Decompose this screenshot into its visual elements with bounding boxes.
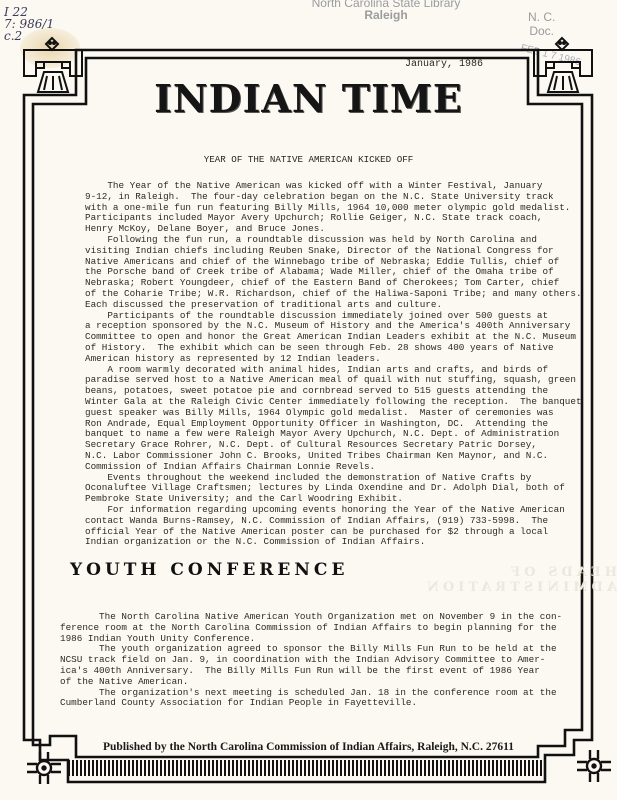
comb-tick <box>528 760 530 776</box>
comb-tick <box>156 760 158 776</box>
comb-tick <box>204 760 206 776</box>
comb-tick <box>272 760 274 776</box>
comb-tick <box>536 760 538 776</box>
comb-tick <box>264 760 266 776</box>
comb-tick <box>336 760 338 776</box>
comb-tick <box>132 760 134 776</box>
comb-tick <box>356 760 358 776</box>
comb-tick <box>192 760 194 776</box>
comb-tick <box>88 760 90 776</box>
comb-tick <box>440 760 442 776</box>
comb-tick <box>304 760 306 776</box>
comb-tick <box>448 760 450 776</box>
comb-tick <box>92 760 94 776</box>
comb-tick <box>488 760 490 776</box>
comb-tick <box>312 760 314 776</box>
comb-tick <box>96 760 98 776</box>
comb-tick <box>280 760 282 776</box>
comb-tick <box>524 760 526 776</box>
comb-tick <box>416 760 418 776</box>
comb-tick <box>140 760 142 776</box>
comb-tick <box>504 760 506 776</box>
comb-tick <box>220 760 222 776</box>
comb-tick <box>292 760 294 776</box>
comb-tick <box>224 760 226 776</box>
sun-symbol-icon <box>577 750 611 782</box>
comb-tick <box>324 760 326 776</box>
comb-tick <box>284 760 286 776</box>
comb-tick <box>80 760 82 776</box>
comb-tick <box>516 760 518 776</box>
bleed-through-text: HEADS OF ADMINISTRATION <box>330 565 617 595</box>
comb-tick <box>116 760 118 776</box>
comb-tick <box>512 760 514 776</box>
comb-tick <box>164 760 166 776</box>
comb-tick <box>188 760 190 776</box>
publisher-line: Published by the North Carolina Commissi… <box>0 741 617 753</box>
text-line: visiting Indian chiefs including Reuben … <box>85 246 582 257</box>
newsletter-title: INDIAN TIME <box>0 76 617 121</box>
comb-tick <box>244 760 246 776</box>
text-line: Each discussed the preservation of tradi… <box>85 300 582 311</box>
comb-tick <box>472 760 474 776</box>
comb-tick <box>460 760 462 776</box>
comb-tick <box>428 760 430 776</box>
comb-tick <box>420 760 422 776</box>
sun-symbol-icon <box>27 752 61 784</box>
comb-tick <box>484 760 486 776</box>
comb-tick <box>228 760 230 776</box>
comb-tick <box>364 760 366 776</box>
comb-tick <box>344 760 346 776</box>
comb-tick <box>84 760 86 776</box>
comb-tick <box>384 760 386 776</box>
section-headline: YOUTH CONFERENCE <box>70 560 348 580</box>
comb-tick <box>532 760 534 776</box>
comb-tick <box>400 760 402 776</box>
comb-tick <box>152 760 154 776</box>
comb-tick <box>128 760 130 776</box>
issue-date: January, 1986 <box>405 59 483 70</box>
comb-tick <box>232 760 234 776</box>
comb-tick <box>72 760 74 776</box>
comb-tick <box>444 760 446 776</box>
comb-tick <box>288 760 290 776</box>
comb-tick <box>468 760 470 776</box>
comb-tick <box>180 760 182 776</box>
comb-tick <box>168 760 170 776</box>
comb-tick <box>236 760 238 776</box>
comb-tick <box>300 760 302 776</box>
comb-tick <box>296 760 298 776</box>
comb-tick <box>252 760 254 776</box>
comb-tick <box>148 760 150 776</box>
comb-tick <box>540 760 542 776</box>
comb-tick <box>320 760 322 776</box>
comb-tick <box>172 760 174 776</box>
comb-tick <box>340 760 342 776</box>
comb-tick <box>240 760 242 776</box>
text-line: Commission of Indian Affairs Chairman Lo… <box>85 462 582 473</box>
comb-tick <box>436 760 438 776</box>
text-line: 9-12, in Raleigh. The four-day celebrati… <box>85 192 582 203</box>
comb-tick <box>408 760 410 776</box>
comb-tick <box>376 760 378 776</box>
text-line: contact Wanda Burns-Ramsey, N.C. Commiss… <box>85 516 582 527</box>
comb-tick <box>372 760 374 776</box>
comb-tick <box>68 760 70 776</box>
comb-tick <box>404 760 406 776</box>
article-body: The North Carolina Native American Youth… <box>60 612 562 709</box>
comb-tick <box>464 760 466 776</box>
comb-tick <box>120 760 122 776</box>
text-line: ference room at the North Carolina Commi… <box>60 623 562 634</box>
comb-tick <box>424 760 426 776</box>
comb-tick <box>396 760 398 776</box>
comb-tick <box>500 760 502 776</box>
comb-tick <box>492 760 494 776</box>
comb-tick <box>480 760 482 776</box>
comb-tick <box>412 760 414 776</box>
comb-tick <box>248 760 250 776</box>
comb-tick <box>328 760 330 776</box>
comb-tick <box>276 760 278 776</box>
comb-tick <box>456 760 458 776</box>
comb-tick <box>432 760 434 776</box>
comb-tick <box>496 760 498 776</box>
comb-tick <box>348 760 350 776</box>
comb-tick <box>332 760 334 776</box>
comb-tick <box>268 760 270 776</box>
comb-tick <box>256 760 258 776</box>
comb-tick <box>136 760 138 776</box>
comb-tick <box>544 760 546 776</box>
comb-tick <box>476 760 478 776</box>
comb-tick <box>200 760 202 776</box>
text-line: Indian organization or the N.C. Commissi… <box>85 537 582 548</box>
comb-tick <box>76 760 78 776</box>
text-line: guest speaker was Billy Mills, 1964 Olym… <box>85 408 582 419</box>
text-line: of the Native American. <box>60 677 562 688</box>
article-headline: YEAR OF THE NATIVE AMERICAN KICKED OFF <box>0 154 617 165</box>
comb-tick <box>260 760 262 776</box>
comb-tick <box>316 760 318 776</box>
article-body: The Year of the Native American was kick… <box>85 181 582 548</box>
text-line: American history as represented by 12 In… <box>85 354 582 365</box>
comb-tick <box>392 760 394 776</box>
comb-tick <box>520 760 522 776</box>
comb-tick <box>176 760 178 776</box>
comb-tick <box>144 760 146 776</box>
comb-tick <box>196 760 198 776</box>
text-line: Cumberland County Association for Indian… <box>60 698 562 709</box>
comb-tick <box>208 760 210 776</box>
comb-tick <box>380 760 382 776</box>
decorative-comb-band <box>68 760 546 776</box>
comb-tick <box>112 760 114 776</box>
comb-tick <box>360 760 362 776</box>
comb-tick <box>212 760 214 776</box>
comb-tick <box>160 760 162 776</box>
comb-tick <box>352 760 354 776</box>
comb-tick <box>100 760 102 776</box>
comb-tick <box>124 760 126 776</box>
comb-tick <box>508 760 510 776</box>
comb-tick <box>368 760 370 776</box>
comb-tick <box>108 760 110 776</box>
comb-tick <box>388 760 390 776</box>
comb-tick <box>452 760 454 776</box>
comb-tick <box>184 760 186 776</box>
comb-tick <box>104 760 106 776</box>
comb-tick <box>308 760 310 776</box>
comb-tick <box>216 760 218 776</box>
